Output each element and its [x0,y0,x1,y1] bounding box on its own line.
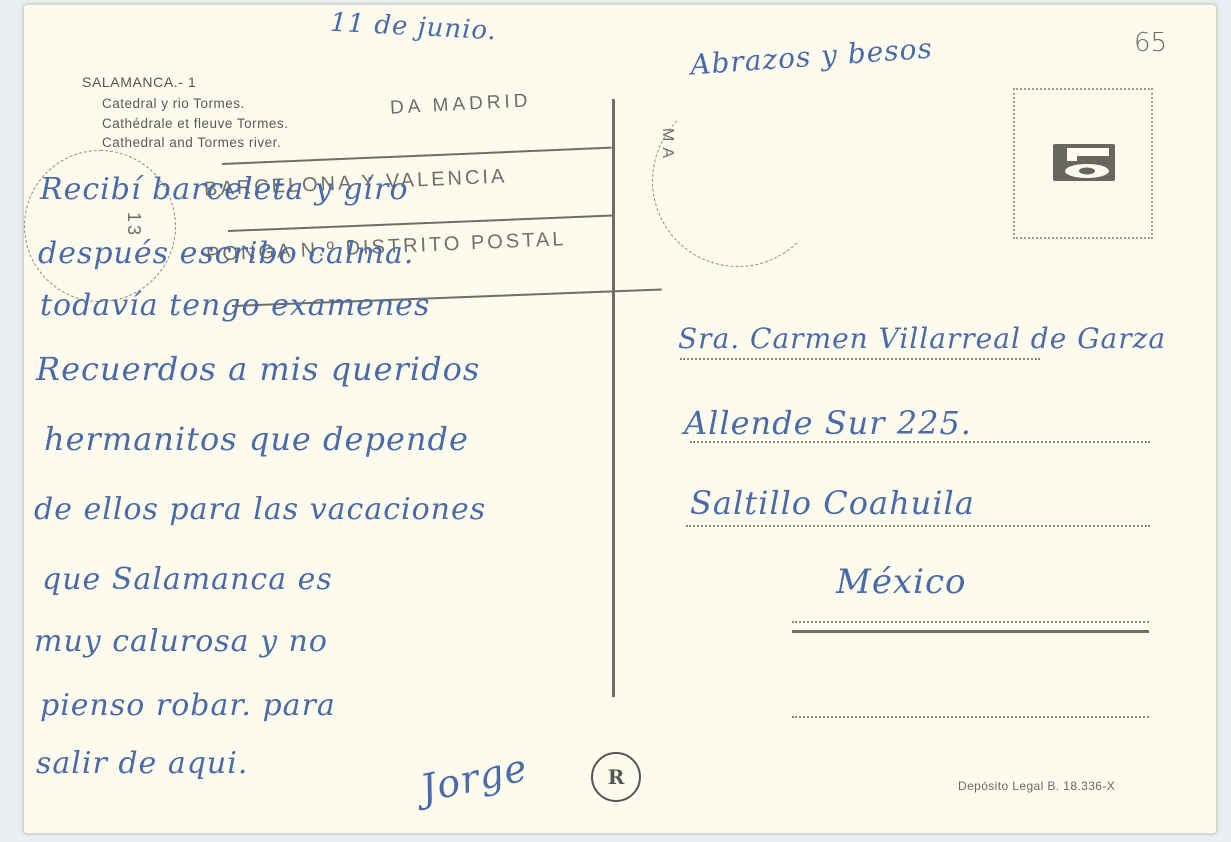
address-line-4 [792,621,1149,623]
address-solid-line [792,630,1149,633]
address-country: México [836,562,967,602]
registered-mark-icon: R [591,752,641,802]
caption-english: Cathedral and Tormes river. [102,135,281,150]
message-line: muy calurosa y no [34,624,328,659]
pencil-number: 65 [1134,28,1167,58]
message-line: Recibí barceleta y giro [40,172,409,207]
message-line: que Salamanca es [42,562,333,597]
center-divider [612,99,615,697]
postmark-right [652,95,824,267]
postmark-right-text: MA [658,128,676,164]
publisher-logo-icon [1053,144,1115,181]
caption-french: Cathédrale et fleuve Tormes. [102,116,288,131]
postmark-left-number: 13 [123,212,144,238]
message-line: hermanitos que depende [44,420,469,458]
message-line: salir de aqui. [36,746,248,781]
caption-title: SALAMANCA.- 1 [82,74,196,90]
address-city: Saltillo Coahuila [690,484,975,522]
message-line: de ellos para las vacaciones [34,492,486,527]
address-recipient: Sra. Carmen Villarreal de Garza [678,322,1166,355]
address-line-5 [792,716,1149,718]
message-line: Recuerdos a mis queridos [36,350,480,388]
address-line-1 [680,358,1040,360]
message-line: pienso robar. para [40,688,336,723]
legal-deposit: Depósito Legal B. 18.336-X [958,779,1115,793]
registered-mark-letter: R [608,765,625,789]
message-line: todavía tengo examenes [40,288,430,323]
address-street: Allende Sur 225. [684,404,972,442]
message-line: después escribo calma. [38,236,414,271]
address-line-3 [686,525,1150,527]
caption-spanish: Catedral y rio Tormes. [102,96,245,111]
